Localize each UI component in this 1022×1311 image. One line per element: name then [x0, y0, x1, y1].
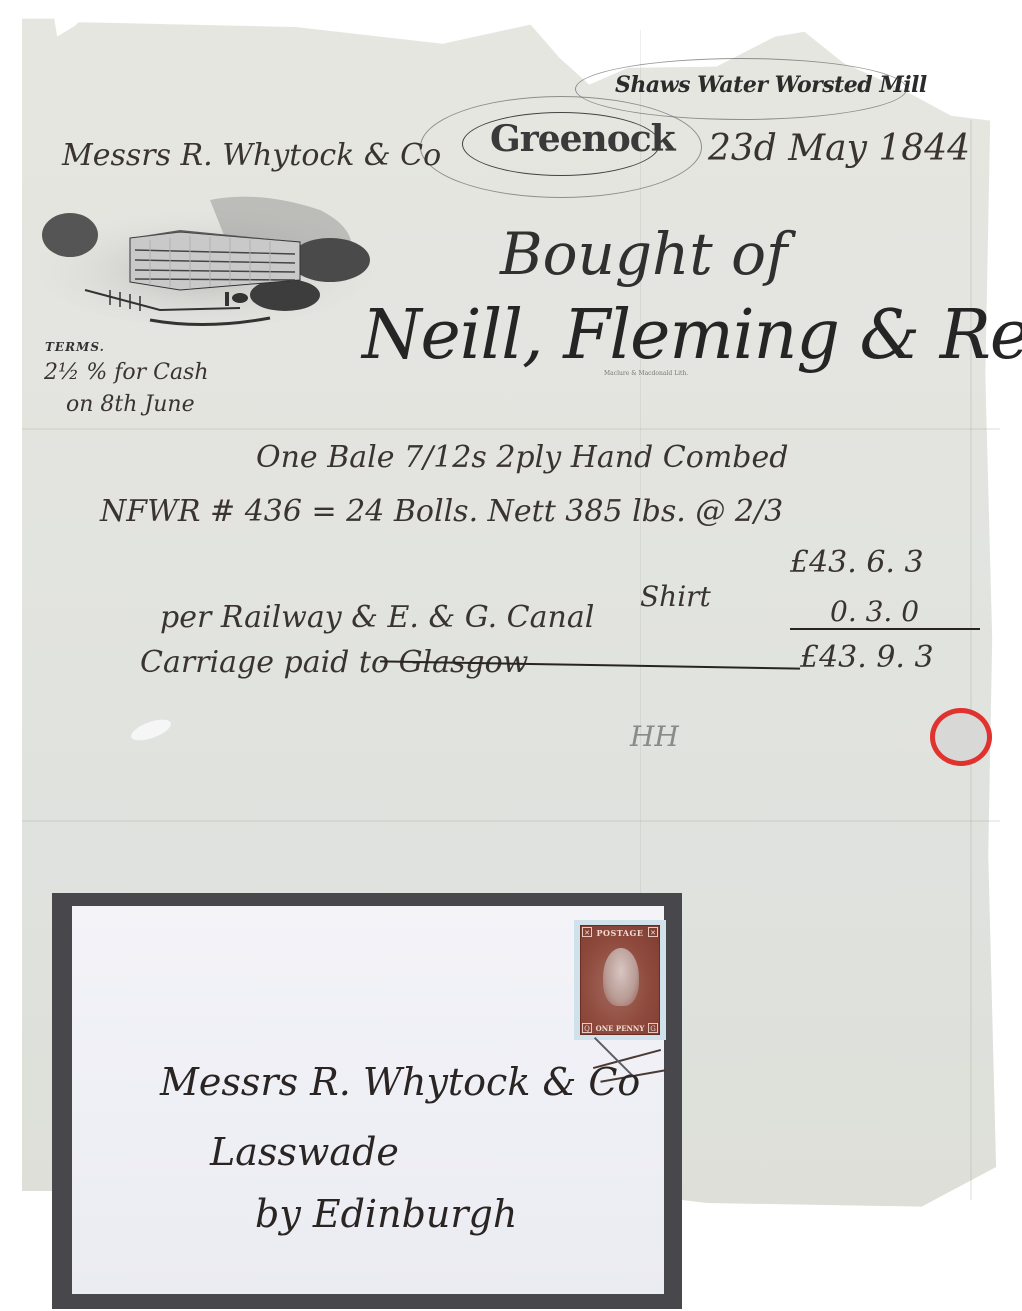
item-description: One Bale 7/12s 2ply Hand Combed: [256, 440, 788, 475]
addressee: Messrs R. Whytock & Co: [62, 138, 441, 173]
invoice-total: £43. 9. 3: [800, 640, 934, 675]
stamp-value-text: ONE PENNY: [581, 1024, 659, 1033]
fold-line: [970, 120, 972, 1200]
mill-engraving-image: [30, 190, 380, 330]
shipping-line: per Railway & E. & G. Canal: [160, 600, 594, 635]
queen-portrait-icon: [603, 948, 639, 1006]
item-amount: 0. 3. 0: [830, 595, 919, 628]
town-name: Greenock: [490, 118, 675, 160]
terms-line: 2½ % for Cash: [44, 360, 209, 385]
stamp-top-text: POSTAGE: [581, 928, 659, 938]
total-rule: [790, 628, 980, 630]
wax-seal-remnant: [930, 708, 992, 766]
envelope-address-line: Lasswade: [210, 1130, 399, 1174]
penny-red-stamp: ✕ ✕ POSTAGE Q G ONE PENNY: [574, 920, 666, 1040]
envelope-address-line: by Edinburgh: [255, 1192, 517, 1236]
lithographer-imprint: Maclure & Macdonald Lith.: [604, 370, 688, 377]
fold-line: [22, 820, 1000, 822]
clerk-initials: HH: [630, 720, 679, 753]
envelope-address-line: Messrs R. Whytock & Co: [160, 1060, 640, 1104]
fold-line: [22, 428, 1000, 430]
terms-label: TERMS.: [45, 340, 105, 354]
bought-of-heading: Bought of: [500, 220, 788, 288]
item-detail: NFWR # 436 = 24 Bolls. Nett 385 lbs. @ 2…: [100, 494, 783, 529]
item-description: Shirt: [640, 580, 711, 613]
firm-name: Neill, Fleming & Reid: [362, 296, 1022, 375]
terms-line: on 8th June: [66, 392, 195, 417]
invoice-date: 23d May 1844: [708, 128, 970, 169]
item-amount: £43. 6. 3: [790, 545, 924, 580]
